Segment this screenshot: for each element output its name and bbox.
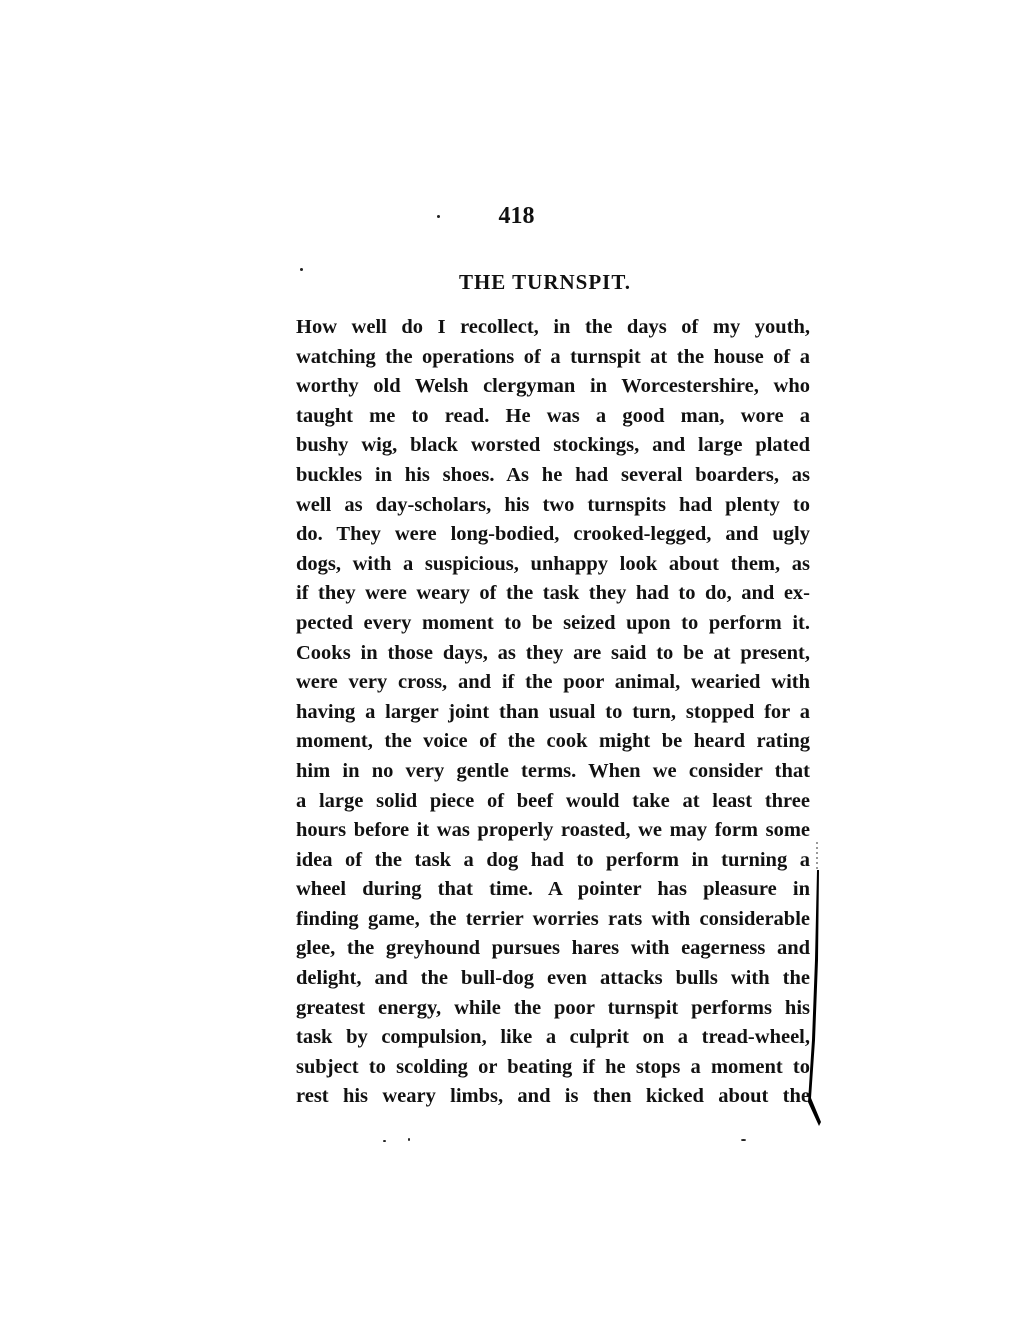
text-line: him in no very gentle terms. When we con…: [296, 757, 810, 787]
text-line: glee, the greyhound pursues hares with e…: [296, 934, 810, 964]
text-line: How well do I recollect, in the days of …: [296, 313, 810, 343]
text-line: worthy old Welsh clergyman in Worcesters…: [296, 372, 810, 402]
text-line: well as day-scholars, his two turnspits …: [296, 491, 810, 521]
text-line: wheel during that time. A pointer has pl…: [296, 875, 810, 905]
text-line: idea of the task a dog had to perform in…: [296, 846, 810, 876]
scan-speck: [408, 1138, 410, 1141]
page-number: 418: [0, 203, 1033, 230]
text-line: rest his weary limbs, and is then kicked…: [296, 1082, 810, 1112]
text-line: a large solid piece of beef would take a…: [296, 787, 810, 817]
text-line: finding game, the terrier worries rats w…: [296, 905, 810, 935]
text-line: watching the operations of a turnspit at…: [296, 343, 810, 373]
text-line: pected every moment to be seized upon to…: [296, 609, 810, 639]
scan-speck: [383, 1140, 386, 1142]
text-line: delight, and the bull-dog even attacks b…: [296, 964, 810, 994]
text-line: greatest energy, while the poor turnspit…: [296, 994, 810, 1024]
text-line: taught me to read. He was a good man, wo…: [296, 402, 810, 432]
text-line: dogs, with a suspicious, unhappy look ab…: [296, 550, 810, 580]
text-line: task by compulsion, like a culprit on a …: [296, 1023, 810, 1053]
chapter-title: THE TURNSPIT.: [0, 270, 1033, 295]
text-line: do. They were long-bodied, crooked-legge…: [296, 520, 810, 550]
body-text: How well do I recollect, in the days of …: [296, 313, 810, 1112]
text-line: having a larger joint than usual to turn…: [296, 698, 810, 728]
page-edge-shadow: [800, 840, 830, 1140]
scan-speck: [437, 215, 440, 218]
text-line: were very cross, and if the poor animal,…: [296, 668, 810, 698]
text-line: bushy wig, black worsted stockings, and …: [296, 431, 810, 461]
scan-speck: [741, 1139, 746, 1141]
text-line: moment, the voice of the cook might be h…: [296, 727, 810, 757]
text-line: subject to scolding or beating if he sto…: [296, 1053, 810, 1083]
text-line: hours before it was properly roasted, we…: [296, 816, 810, 846]
text-line: buckles in his shoes. As he had several …: [296, 461, 810, 491]
text-line: Cooks in those days, as they are said to…: [296, 639, 810, 669]
scan-speck: [300, 268, 303, 271]
text-line: if they were weary of the task they had …: [296, 579, 810, 609]
